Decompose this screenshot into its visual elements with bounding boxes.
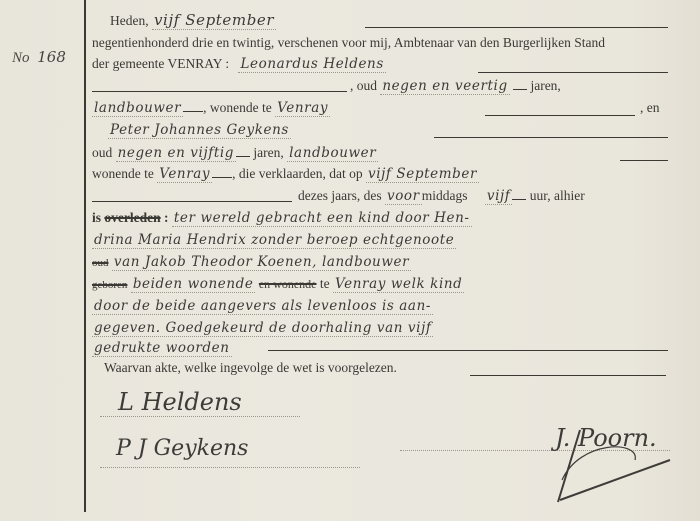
hand-text: door de beide aangevers als levenloos is… [92, 298, 433, 315]
register-number-value: 168 [37, 48, 66, 66]
line-5-en: , en [640, 98, 668, 118]
line-3: der gemeente VENRAY : Leonardus Heldens [92, 54, 668, 74]
fill-dash [236, 144, 250, 157]
hand-hour: vijf [485, 188, 513, 205]
hand-declarant-name: Leonardus Heldens [238, 56, 385, 73]
print-en-wonende-struck: en wonende [259, 277, 317, 291]
signature-line-2 [100, 467, 360, 468]
line-15: gegeven. Goedgekeurd de doorhaling van v… [92, 318, 668, 338]
line-11: drina Maria Hendrix zonder beroep echtge… [92, 230, 668, 250]
fill-rule-l9 [92, 201, 292, 202]
line-4: , oud negen en veertig jaren, [350, 76, 668, 96]
hand-place: Venray [275, 100, 330, 117]
line-9: dezes jaars, des voormiddags vijf uur, a… [298, 186, 668, 206]
line-10: is overleden : ter wereld gebracht een k… [92, 208, 668, 228]
fill-rule-l16 [268, 350, 668, 351]
hand-age: negen en veertig [380, 78, 509, 95]
signature-flourish-icon [530, 420, 680, 510]
line-12: oud van Jakob Theodor Koenen, landbouwer [92, 252, 668, 272]
margin-vertical-rule [84, 0, 86, 512]
hand-voor: voor [385, 188, 422, 205]
line-14: door de beide aangevers als levenloos is… [92, 296, 668, 316]
register-number: No 168 [12, 48, 66, 67]
hand-text: gegeven. Goedgekeurd de doorhaling van v… [92, 320, 433, 337]
print-oud: , oud [350, 78, 377, 93]
print-oud-struck: oud [92, 257, 109, 269]
print-overleden-struck: overleden [104, 210, 160, 225]
signature-declarant-2: P J Geykens [116, 436, 248, 461]
print-te: te [320, 276, 330, 291]
fill-dash [513, 77, 527, 90]
fill-rule-l4 [92, 91, 347, 92]
print-jaren: jaren, [253, 145, 283, 160]
print-oud: oud [92, 145, 112, 160]
print-dezes: dezes jaars, des [298, 188, 382, 203]
hand-occupation2: landbouwer [287, 145, 378, 162]
print-verklaarden: , die verklaarden, dat op [232, 166, 362, 181]
hand-text: drina Maria Hendrix zonder beroep echtge… [92, 232, 456, 249]
hand-text: van Jakob Theodor Koenen, landbouwer [112, 254, 411, 271]
print-uur: uur, alhier [530, 188, 585, 203]
print-text: negentienhonderd drie en twintig, versch… [92, 35, 605, 50]
print-is: is [92, 210, 101, 225]
hand-text2: Venray welk kind [333, 276, 464, 293]
fill-rule-l3 [478, 72, 668, 73]
hand-occupation: landbouwer [92, 100, 183, 117]
line-8: wonende te Venray, die verklaarden, dat … [92, 164, 668, 184]
hand-declarant2-name: Peter Johannes Geykens [108, 122, 291, 139]
register-page: No 168 Heden, vijf September negentienho… [0, 0, 700, 521]
print-closing: Waarvan akte, welke ingevolge de wet is … [104, 360, 397, 375]
fill-rule-l6 [434, 137, 668, 138]
print-wonende: , wonende te [203, 100, 272, 115]
line-2: negentienhonderd drie en twintig, versch… [92, 33, 668, 53]
line-13: geboren beiden wonende en wonende te Ven… [92, 274, 668, 294]
print-jaren: jaren, [530, 78, 560, 93]
print-heden: Heden, [110, 13, 149, 28]
print-colon: : [164, 210, 169, 225]
hand-text: beiden wonende [131, 276, 256, 293]
print-middags: middags [422, 188, 468, 203]
hand-age2: negen en vijftig [116, 145, 236, 162]
signature-line-1 [100, 416, 300, 417]
print-geboren-struck: geboren [92, 279, 127, 291]
signature-declarant-1: L Heldens [118, 388, 242, 416]
line-7: oud negen en vijftig jaren, landbouwer [92, 143, 668, 163]
hand-place2: Venray [157, 166, 212, 183]
fill-dash [212, 165, 232, 178]
print-wonende: wonende te [92, 166, 154, 181]
fill-rule-l7 [620, 160, 668, 161]
fill-dash [512, 187, 526, 200]
line-16: gedrukte woorden [92, 338, 668, 358]
fill-rule-l17 [470, 375, 666, 376]
print-gemeente: der gemeente VENRAY : [92, 56, 229, 71]
hand-date2: vijf September [366, 166, 479, 183]
fill-dash [183, 99, 203, 112]
hand-text: gedrukte woorden [92, 340, 232, 357]
fill-rule-l5 [485, 115, 635, 116]
hand-date: vijf September [152, 11, 276, 30]
register-number-label: No [12, 50, 30, 66]
hand-text: ter wereld gebracht een kind door Hen- [172, 210, 472, 227]
fill-rule-l1 [365, 27, 668, 28]
print-en: , en [640, 100, 660, 115]
